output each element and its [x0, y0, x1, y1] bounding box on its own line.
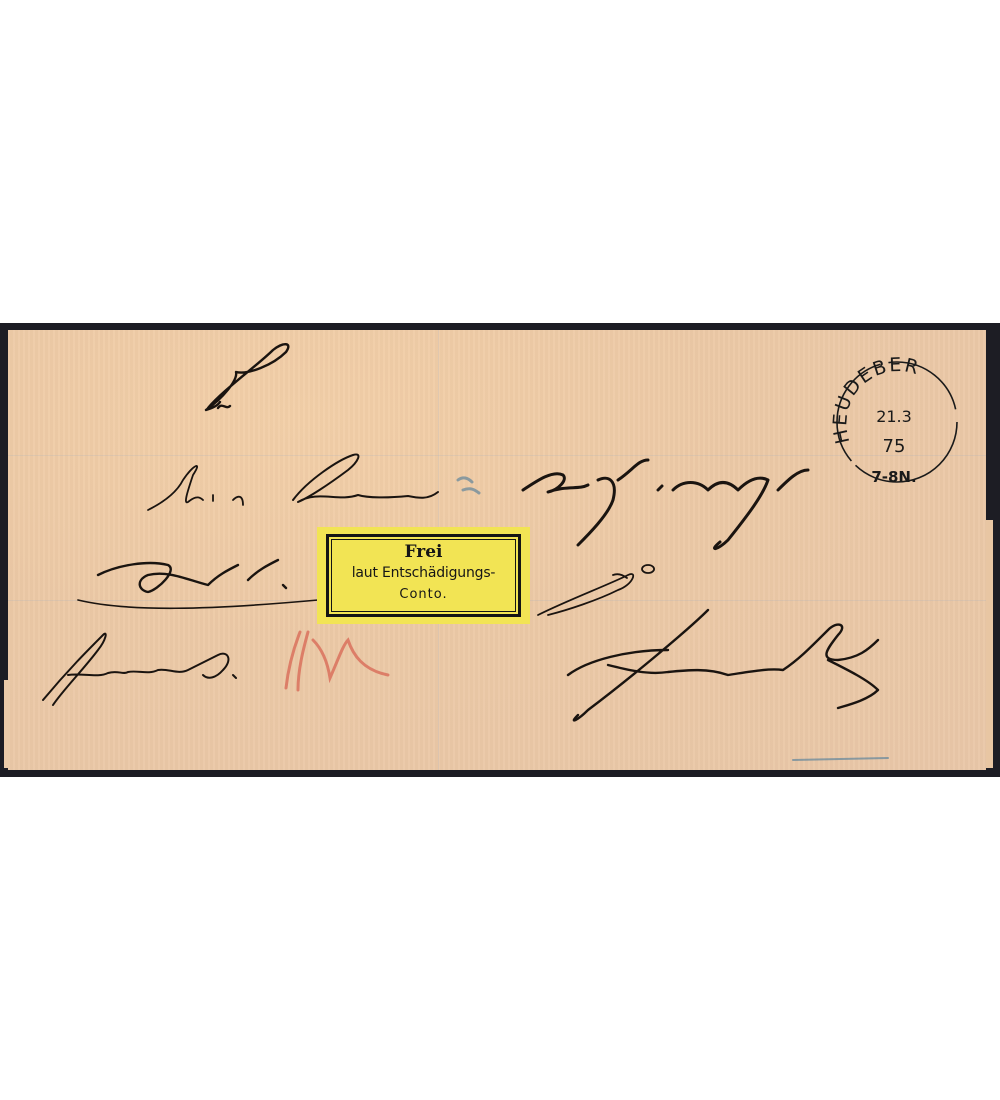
salutation-text: An	[8, 330, 9, 331]
address-left-text: Adr.	[8, 330, 9, 331]
frei-label: Frei laut Entschädigungs- Conto.	[317, 527, 530, 624]
address-right-text: zu	[8, 330, 9, 331]
postmark-year: 75	[883, 436, 906, 457]
label-line-1: Frei	[317, 542, 530, 562]
franking-note-text: francirt	[8, 330, 9, 331]
label-line-3: Conto.	[317, 587, 530, 602]
postmark-time: 7-8N.	[871, 468, 916, 486]
postmark-date: 21.3	[876, 407, 912, 426]
cover-flap-edge	[986, 520, 993, 768]
label-line-2: laut Entschädigungs-	[317, 565, 530, 581]
recipient-text: die Betriebs-Abtheilung	[8, 330, 9, 331]
postal-cover: Frei laut Entschädigungs- Conto. HEUDEBE…	[8, 330, 986, 770]
postmark-stamp: HEUDEBER 21.3 75 7-8N.	[822, 350, 972, 500]
postmark-town: HEUDEBER	[829, 354, 922, 446]
destination-text: Halberstadt	[8, 330, 9, 331]
svg-text:HEUDEBER: HEUDEBER	[829, 354, 922, 446]
cover-edge-fragment	[4, 680, 10, 768]
red-mark-text: EN	[8, 330, 9, 331]
